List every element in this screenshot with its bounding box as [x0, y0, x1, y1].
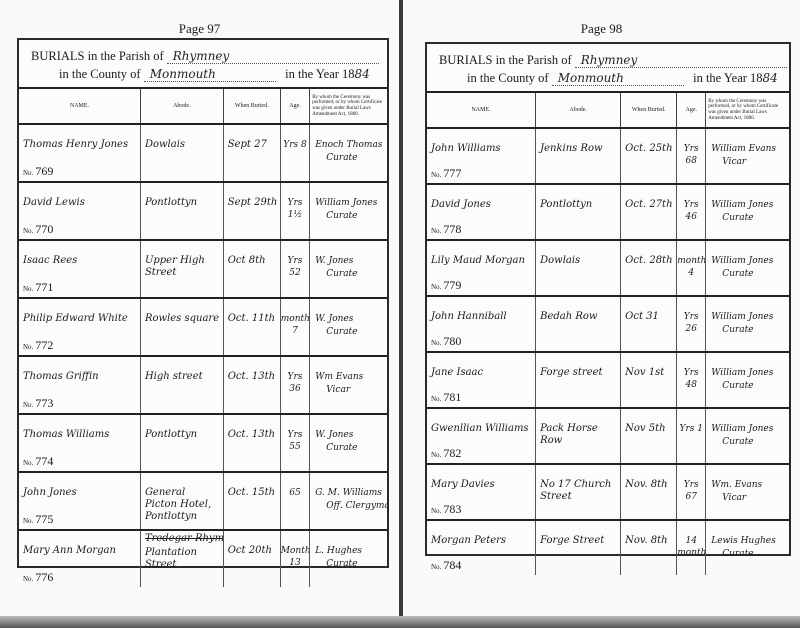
age: Yrs 26: [677, 297, 705, 335]
age: months 4: [677, 241, 705, 279]
age-cell: Yrs 68: [677, 128, 706, 184]
burial-date: Oct. 15th: [224, 473, 280, 499]
officiant-title: Curate: [310, 267, 387, 280]
buried-cell: Nov. 8th: [621, 464, 677, 520]
name-cell: John JonesNo.775: [19, 472, 140, 530]
parish-value: Rhymney: [575, 53, 787, 68]
entry-number: No.782: [431, 446, 461, 461]
entry-number: No.779: [431, 278, 461, 293]
officiant-cell: G. M. WilliamsOff. Clergyman: [310, 472, 387, 530]
deceased-name: John Jones: [19, 473, 140, 499]
entry-number: No.784: [431, 558, 461, 573]
age: Yrs 8: [281, 125, 309, 151]
abode-cell: General Picton Hotel, Pontlottyn: [140, 472, 223, 530]
officiant-cell: W. JonesCurate: [310, 414, 387, 472]
burial-date: Oct. 13th: [224, 415, 280, 441]
deceased-name: Lily Maud Morgan: [427, 241, 535, 267]
age: 14 months: [677, 521, 705, 559]
name-cell: Thomas WilliamsNo.774: [19, 414, 140, 472]
abode-cell: Rowles square: [140, 298, 223, 356]
buried-cell: Sept 29th: [223, 182, 280, 240]
entry-number: No.770: [23, 222, 53, 237]
column-header: When Buried.: [621, 93, 677, 128]
officiant-cell: W. JonesCurate: [310, 298, 387, 356]
officiant-title: Curate: [310, 557, 387, 570]
table-row: John WilliamsNo.777Jenkins RowOct. 25thY…: [427, 128, 789, 184]
officiant-title: Off. Clergyman: [310, 499, 387, 512]
abode-cell: Pontlottyn: [140, 182, 223, 240]
table-row: Isaac ReesNo.771Upper High StreetOct 8th…: [19, 240, 387, 298]
officiant-name: Enoch Thomas: [310, 125, 387, 151]
buried-cell: Oct. 13th: [223, 414, 280, 472]
officiant-name: William Jones: [706, 353, 789, 379]
deceased-name: Gwenllian Williams: [427, 409, 535, 435]
abode-cell: Forge Street: [536, 520, 621, 575]
year-label: in the Year 18: [285, 67, 354, 81]
officiant-name: W. Jones: [310, 299, 387, 325]
table-row: Philip Edward WhiteNo.772Rowles squareOc…: [19, 298, 387, 356]
age: Yrs 1: [677, 409, 705, 435]
register-table: BURIALS in the Parish of Rhymney in the …: [17, 38, 389, 568]
column-headers: NAME.Abode.When Buried.Age.By whom the C…: [19, 89, 387, 124]
officiant-cell: William JonesCurate: [706, 408, 789, 464]
officiant-name: W. Jones: [310, 415, 387, 441]
officiant-name: William Jones: [706, 409, 789, 435]
officiant-cell: W. JonesCurate: [310, 240, 387, 298]
parish-label: BURIALS in the Parish of: [31, 49, 164, 63]
book-bottom-edge: [0, 616, 800, 628]
buried-cell: Oct. 15th: [223, 472, 280, 530]
column-header: Abode.: [536, 93, 621, 128]
abode-cell: Pontlottyn: [536, 184, 621, 240]
burial-date: Oct. 28th: [621, 241, 676, 267]
burial-date: Nov. 8th: [621, 521, 676, 547]
officiant-title: Curate: [706, 379, 789, 392]
burial-date: Oct. 27th: [621, 185, 676, 211]
age-cell: Yrs 46: [677, 184, 706, 240]
table-row: Gwenllian WilliamsNo.782Pack Horse RowNo…: [427, 408, 789, 464]
entries-table: NAME.Abode.When Buried.Age.By whom the C…: [427, 93, 789, 575]
officiant-cell: William JonesCurate: [310, 182, 387, 240]
name-cell: John HanniballNo.780: [427, 296, 536, 352]
officiant-cell: William JonesCurate: [706, 240, 789, 296]
officiant-name: W. Jones: [310, 241, 387, 267]
entry-number: No.772: [23, 338, 53, 353]
deceased-name: Isaac Rees: [19, 241, 140, 267]
page-number: Page 98: [403, 21, 800, 37]
burial-date: Oct 20th: [224, 531, 280, 557]
table-row: John JonesNo.775General Picton Hotel, Po…: [19, 472, 387, 530]
abode: Pack Horse Row: [536, 409, 620, 447]
name-cell: Morgan PetersNo.784: [427, 520, 536, 575]
entry-number: No.781: [431, 390, 461, 405]
officiant-name: William Evans: [706, 129, 789, 155]
table-row: Lily Maud MorganNo.779DowlaisOct. 28thmo…: [427, 240, 789, 296]
abode: Forge Street: [536, 521, 620, 547]
abode: Rowles square: [141, 299, 223, 325]
table-row: Jane IsaacNo.781Forge streetNov 1stYrs 4…: [427, 352, 789, 408]
table-row: Thomas Henry JonesNo.769DowlaisSept 27Yr…: [19, 124, 387, 182]
officiant-title: Curate: [310, 325, 387, 338]
name-cell: Isaac ReesNo.771: [19, 240, 140, 298]
name-cell: Mary DaviesNo.783: [427, 464, 536, 520]
table-row: Mary Ann MorganNo.776Tredegar RhymneyPla…: [19, 530, 387, 587]
deceased-name: Thomas Griffin: [19, 357, 140, 383]
burial-date: Oct. 11th: [224, 299, 280, 325]
column-header: Age.: [280, 89, 309, 124]
officiant-name: Wm Evans: [310, 357, 387, 383]
age-cell: months 4: [677, 240, 706, 296]
abode: High street: [141, 357, 223, 383]
burial-date: Sept 29th: [224, 183, 280, 209]
register-header: BURIALS in the Parish of Rhymney in the …: [427, 44, 789, 93]
burial-date: Oct 31: [621, 297, 676, 323]
entry-number: No.778: [431, 222, 461, 237]
officiant-title: Curate: [310, 209, 387, 222]
burial-date: Nov. 8th: [621, 465, 676, 491]
buried-cell: Oct. 13th: [223, 356, 280, 414]
officiant-title: Curate: [706, 323, 789, 336]
officiant-title: Curate: [310, 441, 387, 454]
officiant-name: G. M. Williams: [310, 473, 387, 499]
buried-cell: Nov. 8th: [621, 520, 677, 575]
column-header: By whom the Ceremony was performed, or b…: [310, 89, 387, 124]
page-number: Page 97: [0, 21, 399, 37]
age: Yrs 36: [281, 357, 309, 395]
abode-struck: Tredegar Rhymney: [141, 531, 223, 545]
officiant-cell: William JonesCurate: [706, 184, 789, 240]
abode: Forge street: [536, 353, 620, 379]
entry-number: No.771: [23, 280, 53, 295]
abode: Pontlottyn: [141, 415, 223, 441]
register-header: BURIALS in the Parish of Rhymney in the …: [19, 40, 387, 89]
name-cell: Thomas Henry JonesNo.769: [19, 124, 140, 182]
table-row: David LewisNo.770PontlottynSept 29thYrs …: [19, 182, 387, 240]
officiant-title: Curate: [706, 267, 789, 280]
buried-cell: Sept 27: [223, 124, 280, 182]
table-row: Thomas WilliamsNo.774PontlottynOct. 13th…: [19, 414, 387, 472]
officiant-title: Curate: [706, 435, 789, 448]
burial-date: Nov 1st: [621, 353, 676, 379]
age: Yrs 46: [677, 185, 705, 223]
officiant-title: Vicar: [310, 383, 387, 396]
buried-cell: Nov 5th: [621, 408, 677, 464]
deceased-name: Philip Edward White: [19, 299, 140, 325]
abode: Dowlais: [536, 241, 620, 267]
buried-cell: Oct 31: [621, 296, 677, 352]
table-row: Thomas GriffinNo.773High streetOct. 13th…: [19, 356, 387, 414]
abode: Pontlottyn: [536, 185, 620, 211]
deceased-name: Mary Ann Morgan: [19, 531, 140, 557]
deceased-name: John Williams: [427, 129, 535, 155]
officiant-name: Wm. Evans: [706, 465, 789, 491]
abode: Jenkins Row: [536, 129, 620, 155]
year-label: in the Year 18: [693, 71, 762, 85]
age: Yrs 55: [281, 415, 309, 453]
abode: No 17 Church Street: [536, 465, 620, 503]
officiant-cell: Enoch ThomasCurate: [310, 124, 387, 182]
officiant-title: Curate: [706, 547, 789, 560]
buried-cell: Oct. 11th: [223, 298, 280, 356]
age-cell: 14 months: [677, 520, 706, 575]
deceased-name: David Lewis: [19, 183, 140, 209]
age: Yrs 52: [281, 241, 309, 279]
abode: General Picton Hotel, Pontlottyn: [141, 473, 223, 523]
deceased-name: David Jones: [427, 185, 535, 211]
county-value: Monmouth: [144, 67, 276, 82]
entry-number: No.783: [431, 502, 461, 517]
entry-number: No.769: [23, 164, 53, 179]
name-cell: Thomas GriffinNo.773: [19, 356, 140, 414]
age: Yrs 1½: [281, 183, 309, 221]
age-cell: Yrs 1: [677, 408, 706, 464]
name-cell: John WilliamsNo.777: [427, 128, 536, 184]
register-table: BURIALS in the Parish of Rhymney in the …: [425, 42, 791, 556]
deceased-name: Morgan Peters: [427, 521, 535, 547]
officiant-title: Curate: [706, 211, 789, 224]
burial-date: Sept 27: [224, 125, 280, 151]
deceased-name: John Hanniball: [427, 297, 535, 323]
abode-cell: No 17 Church Street: [536, 464, 621, 520]
abode: Dowlais: [141, 125, 223, 151]
entry-number: No.775: [23, 512, 53, 527]
entry-number: No.774: [23, 454, 53, 469]
officiant-cell: Wm. EvansVicar: [706, 464, 789, 520]
age: Yrs 48: [677, 353, 705, 391]
name-cell: Jane IsaacNo.781: [427, 352, 536, 408]
deceased-name: Mary Davies: [427, 465, 535, 491]
officiant-cell: William JonesCurate: [706, 352, 789, 408]
officiant-cell: L. HughesCurate: [310, 530, 387, 587]
entry-number: No.773: [23, 396, 53, 411]
buried-cell: Oct. 27th: [621, 184, 677, 240]
age: Months 13: [281, 531, 309, 569]
table-row: John HanniballNo.780Bedah RowOct 31Yrs 2…: [427, 296, 789, 352]
parish-value: Rhymney: [167, 49, 379, 64]
officiant-name: L. Hughes: [310, 531, 387, 557]
abode-cell: Pack Horse Row: [536, 408, 621, 464]
abode: Bedah Row: [536, 297, 620, 323]
abode-cell: Bedah Row: [536, 296, 621, 352]
officiant-name: William Jones: [706, 297, 789, 323]
age: 65: [281, 473, 309, 499]
age-cell: months 7: [280, 298, 309, 356]
column-headers: NAME.Abode.When Buried.Age.By whom the C…: [427, 93, 789, 128]
age-cell: Yrs 26: [677, 296, 706, 352]
officiant-title: Curate: [310, 151, 387, 164]
age-cell: Yrs 52: [280, 240, 309, 298]
abode-cell: Jenkins Row: [536, 128, 621, 184]
county-value: Monmouth: [552, 71, 684, 86]
table-row: Mary DaviesNo.783No 17 Church StreetNov.…: [427, 464, 789, 520]
age-cell: 65: [280, 472, 309, 530]
entry-number: No.777: [431, 166, 461, 181]
parish-label: BURIALS in the Parish of: [439, 53, 572, 67]
entry-number: No.780: [431, 334, 461, 349]
age: months 7: [281, 299, 309, 337]
officiant-name: William Jones: [706, 185, 789, 211]
entries-table: NAME.Abode.When Buried.Age.By whom the C…: [19, 89, 387, 587]
column-header: When Buried.: [223, 89, 280, 124]
column-header: Age.: [677, 93, 706, 128]
name-cell: David LewisNo.770: [19, 182, 140, 240]
officiant-cell: William EvansVicar: [706, 128, 789, 184]
buried-cell: Oct 8th: [223, 240, 280, 298]
burial-date: Nov 5th: [621, 409, 676, 435]
county-label: in the County of: [59, 67, 141, 81]
deceased-name: Thomas Williams: [19, 415, 140, 441]
name-cell: Mary Ann MorganNo.776: [19, 530, 140, 587]
age-cell: Yrs 1½: [280, 182, 309, 240]
page-98: Page 98 BURIALS in the Parish of Rhymney…: [403, 0, 800, 616]
buried-cell: Nov 1st: [621, 352, 677, 408]
officiant-name: Lewis Hughes: [706, 521, 789, 547]
abode: Pontlottyn: [141, 183, 223, 209]
age-cell: Yrs 48: [677, 352, 706, 408]
abode: Plantation Street: [141, 545, 223, 571]
officiant-cell: Wm EvansVicar: [310, 356, 387, 414]
register-spread: Page 97 BURIALS in the Parish of Rhymney…: [0, 0, 800, 628]
officiant-name: William Jones: [310, 183, 387, 209]
buried-cell: Oct 20th: [223, 530, 280, 587]
officiant-title: Vicar: [706, 155, 789, 168]
county-label: in the County of: [467, 71, 549, 85]
entry-number: No.776: [23, 570, 53, 585]
deceased-name: Jane Isaac: [427, 353, 535, 379]
abode: Upper High Street: [141, 241, 223, 279]
officiant-title: Vicar: [706, 491, 789, 504]
officiant-cell: Lewis HughesCurate: [706, 520, 789, 575]
burial-date: Oct. 25th: [621, 129, 676, 155]
age-cell: Yrs 8: [280, 124, 309, 182]
buried-cell: Oct. 25th: [621, 128, 677, 184]
age: Yrs 67: [677, 465, 705, 503]
burial-date: Oct. 13th: [224, 357, 280, 383]
deceased-name: Thomas Henry Jones: [19, 125, 140, 151]
year-value: 84: [355, 67, 371, 81]
column-header: NAME.: [19, 89, 140, 124]
column-header: Abode.: [140, 89, 223, 124]
buried-cell: Oct. 28th: [621, 240, 677, 296]
table-row: Morgan PetersNo.784Forge StreetNov. 8th1…: [427, 520, 789, 575]
abode-cell: Upper High Street: [140, 240, 223, 298]
age-cell: Yrs 36: [280, 356, 309, 414]
name-cell: Lily Maud MorganNo.779: [427, 240, 536, 296]
age-cell: Months 13: [280, 530, 309, 587]
table-row: David JonesNo.778PontlottynOct. 27thYrs …: [427, 184, 789, 240]
abode-cell: Forge street: [536, 352, 621, 408]
name-cell: Gwenllian WilliamsNo.782: [427, 408, 536, 464]
name-cell: Philip Edward WhiteNo.772: [19, 298, 140, 356]
age-cell: Yrs 55: [280, 414, 309, 472]
age: Yrs 68: [677, 129, 705, 167]
page-97: Page 97 BURIALS in the Parish of Rhymney…: [0, 0, 399, 616]
burial-date: Oct 8th: [224, 241, 280, 267]
column-header: NAME.: [427, 93, 536, 128]
name-cell: David JonesNo.778: [427, 184, 536, 240]
age-cell: Yrs 67: [677, 464, 706, 520]
abode-cell: Dowlais: [140, 124, 223, 182]
abode-cell: High street: [140, 356, 223, 414]
column-header: By whom the Ceremony was performed, or b…: [706, 93, 789, 128]
year-value: 84: [763, 71, 779, 85]
abode-cell: Dowlais: [536, 240, 621, 296]
officiant-name: William Jones: [706, 241, 789, 267]
officiant-cell: William JonesCurate: [706, 296, 789, 352]
abode-cell: Pontlottyn: [140, 414, 223, 472]
abode-cell: Tredegar RhymneyPlantation Street: [140, 530, 223, 587]
